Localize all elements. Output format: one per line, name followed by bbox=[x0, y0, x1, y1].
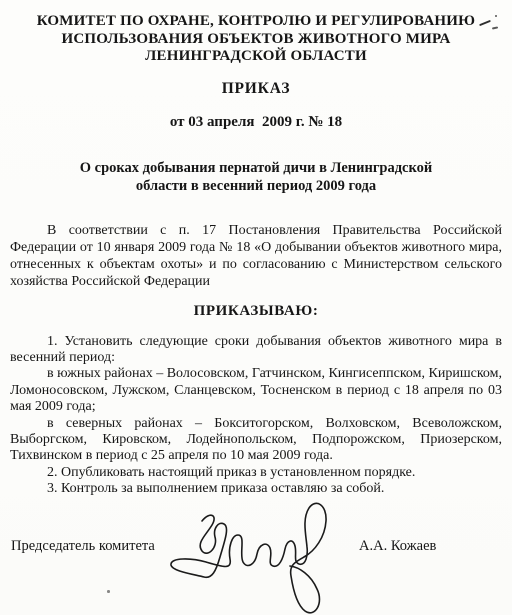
handwritten-signature-mark bbox=[166, 497, 336, 615]
item-1-northern-districts: в северных районах – Бокситогорском, Вол… bbox=[10, 416, 502, 465]
preamble-paragraph: В соответствии с п. 17 Постановления Пра… bbox=[10, 222, 502, 290]
signer-position-title: Председатель комитета bbox=[11, 538, 155, 555]
document-subject: О сроках добывания пернатой дичи в Ленин… bbox=[10, 159, 502, 196]
signature-block: Председатель комитета А.А. Кожаев bbox=[0, 496, 512, 615]
signer-name: А.А. Кожаев bbox=[359, 538, 436, 555]
item-1-intro: 1. Установить следующие сроки добывания … bbox=[10, 334, 502, 367]
item-2: 2. Опубликовать настоящий приказ в устан… bbox=[10, 465, 502, 481]
order-items: 1. Установить следующие сроки добывания … bbox=[10, 334, 502, 498]
order-word: ПРИКАЗЫВАЮ: bbox=[10, 303, 502, 320]
org-name-line1: КОМИТЕТ ПО ОХРАНЕ, КОНТРОЛЮ И РЕГУЛИРОВА… bbox=[10, 13, 502, 31]
scan-speck-dot-top bbox=[495, 15, 497, 17]
subject-line1: О сроках добывания пернатой дичи в Ленин… bbox=[10, 159, 502, 178]
org-name-line2: ИСПОЛЬЗОВАНИЯ ОБЪЕКТОВ ЖИВОТНОГО МИРА bbox=[10, 31, 502, 49]
organization-header: КОМИТЕТ ПО ОХРАНЕ, КОНТРОЛЮ И РЕГУЛИРОВА… bbox=[10, 13, 502, 66]
scanned-order-document: КОМИТЕТ ПО ОХРАНЕ, КОНТРОЛЮ И РЕГУЛИРОВА… bbox=[0, 0, 512, 615]
org-name-line3: ЛЕНИНГРАДСКОЙ ОБЛАСТИ bbox=[10, 48, 502, 66]
subject-line2: области в весенний период 2009 года bbox=[10, 177, 502, 196]
scan-speck-dot-bottom bbox=[107, 590, 110, 593]
document-date-number: от 03 апреля 2009 г. № 18 bbox=[10, 114, 502, 131]
document-type-title: ПРИКАЗ bbox=[10, 80, 502, 98]
scan-speck-dot-header bbox=[70, 36, 72, 38]
item-1-southern-districts: в южных районах – Волосовском, Гатчинско… bbox=[10, 366, 502, 415]
